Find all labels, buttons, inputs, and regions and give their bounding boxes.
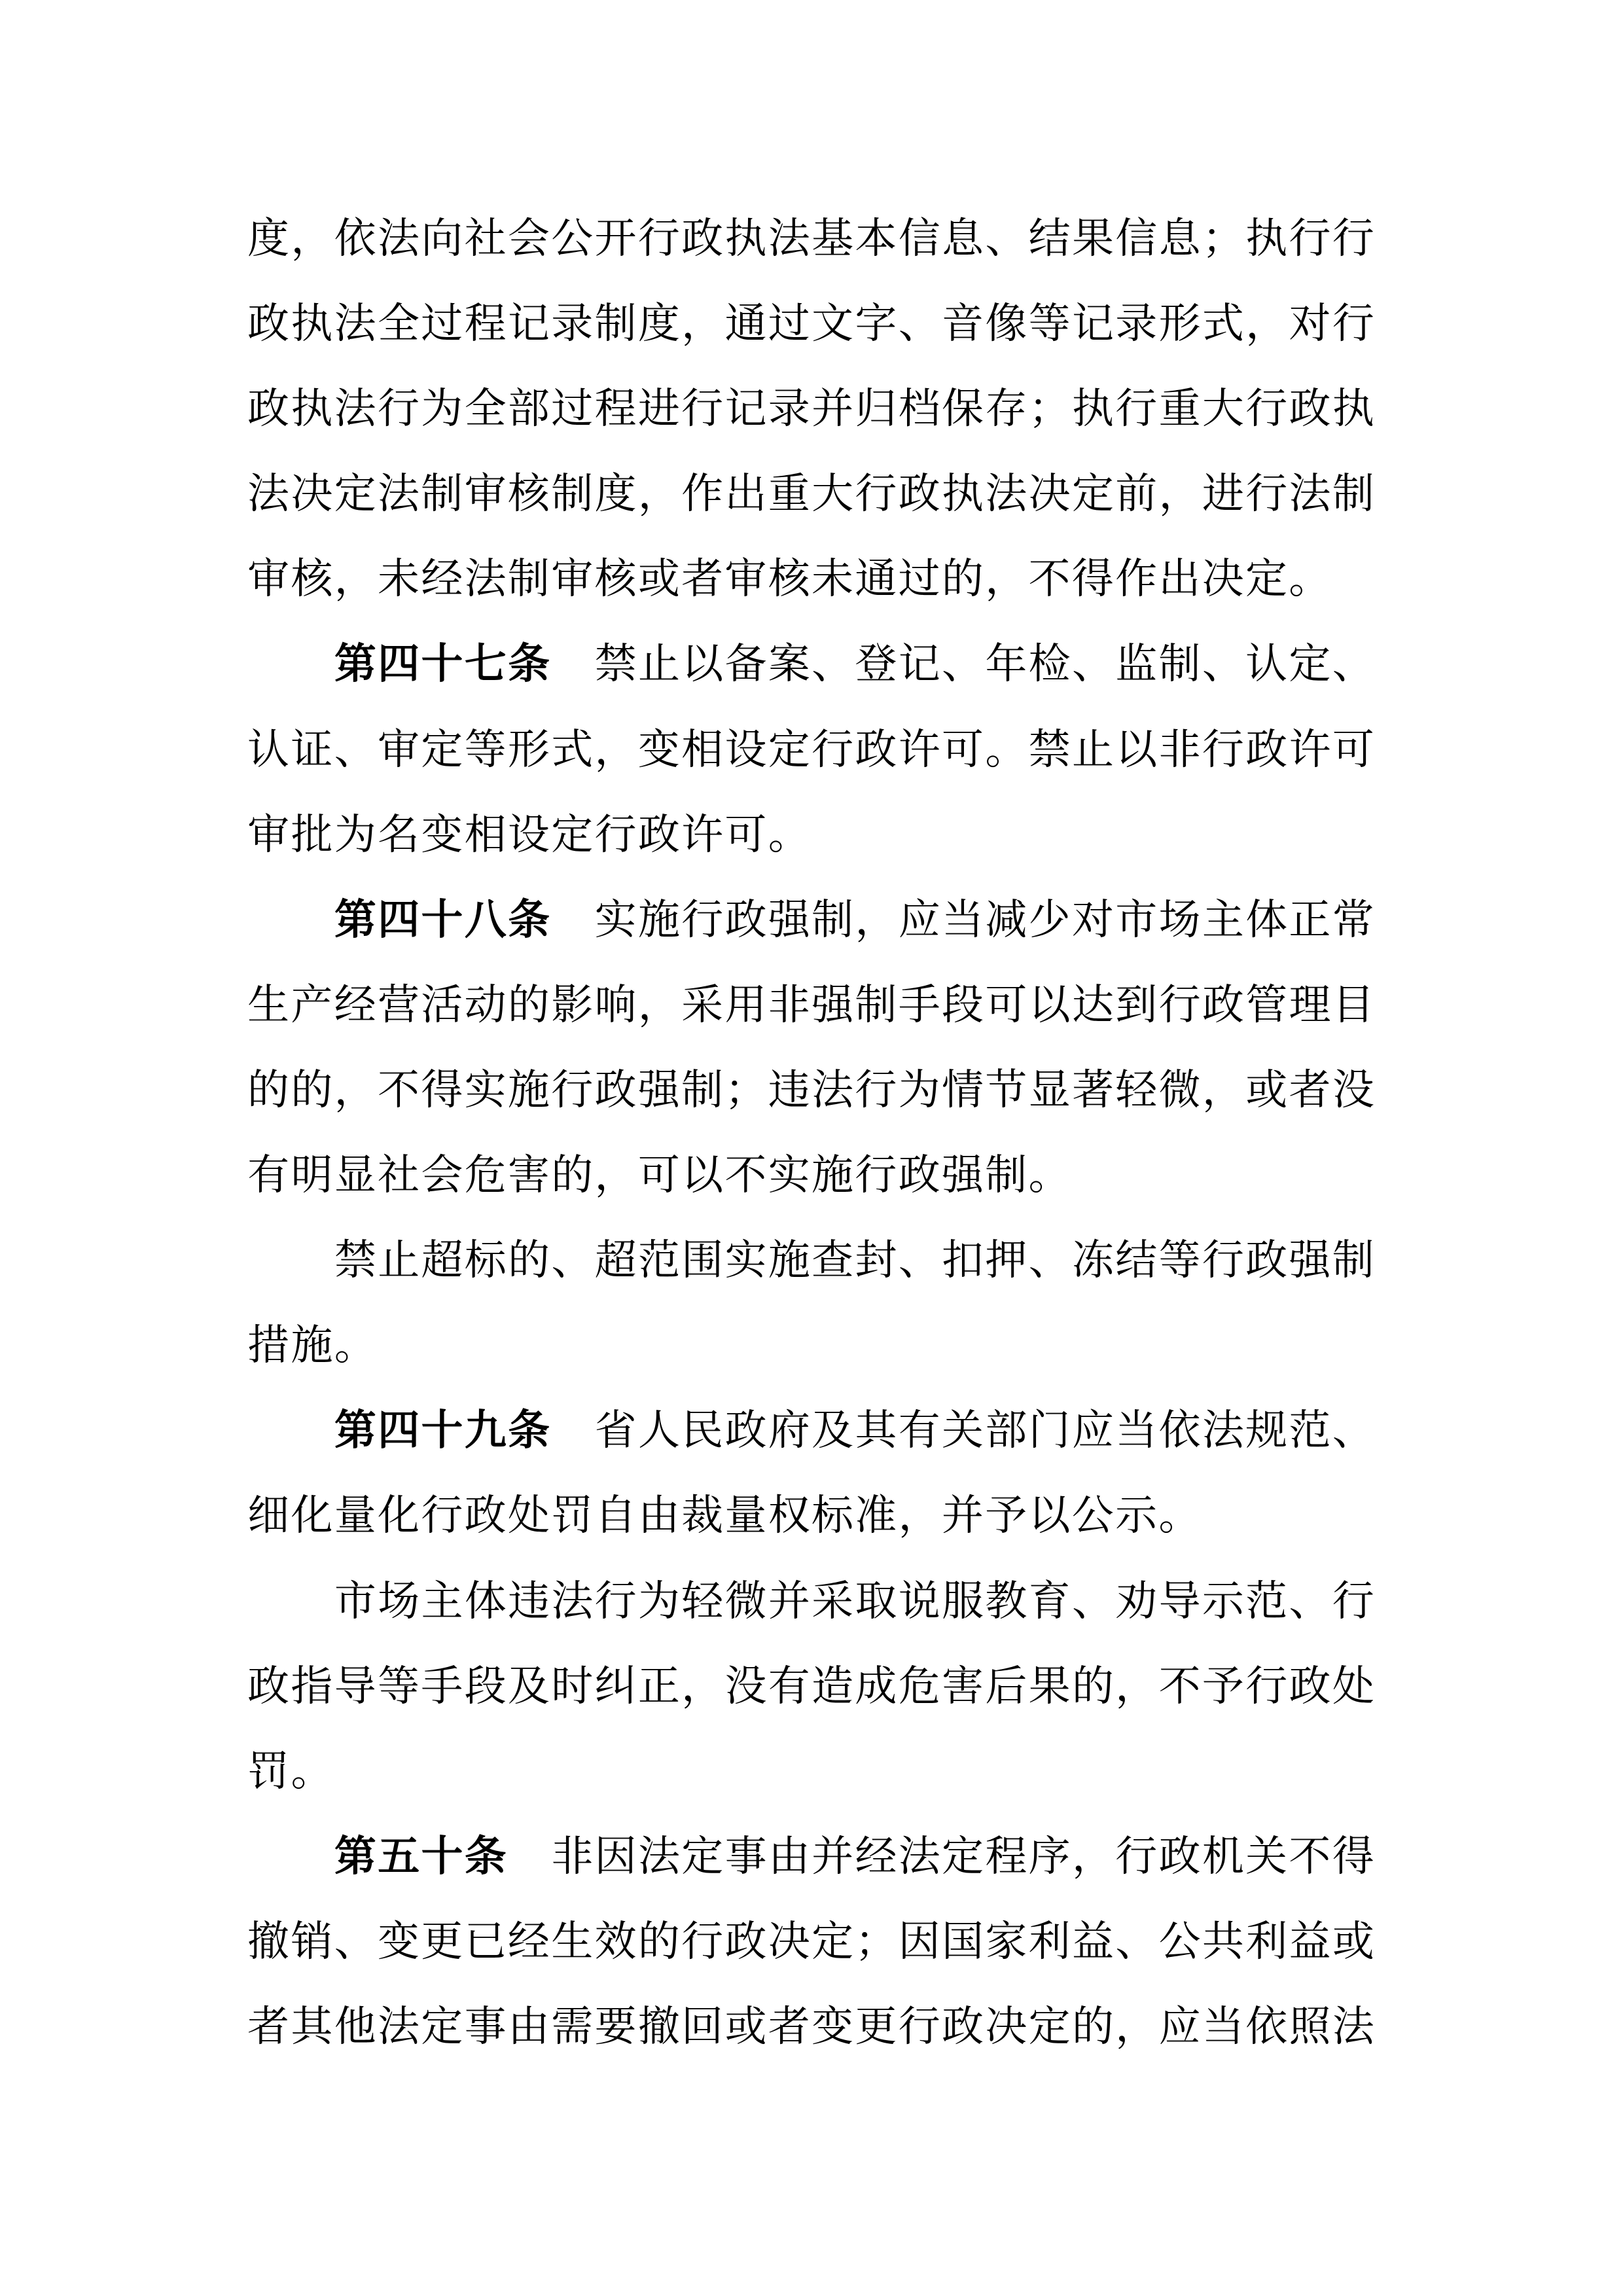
text-char: 说 [898, 1559, 941, 1644]
article-heading-char: 条 [464, 1814, 507, 1899]
text-line: 者其他法定事由需要撤回或者变更行政决定的，应当依照法 [247, 1984, 1375, 2070]
text-char: 效 [594, 1899, 637, 1984]
text-char: 政 [941, 1984, 984, 2070]
text-char: 可 [724, 793, 767, 878]
text-line: 审批为名变相设定行政许可。 [247, 793, 1375, 878]
text-char: 的 [550, 1133, 594, 1218]
text-line: 市场主体违法行为轻微并采取说服教育、劝导示范、行 [247, 1559, 1375, 1644]
text-char: 作 [1115, 537, 1158, 622]
text-char: 批 [290, 793, 333, 878]
text-char: 审 [724, 537, 767, 622]
text-char: 手 [420, 1644, 463, 1729]
text-char: ， [1115, 1644, 1158, 1729]
text-char: 法 [811, 1048, 854, 1133]
text-char: 实 [594, 878, 637, 963]
text-char: 减 [984, 878, 1027, 963]
text-char: 审 [247, 537, 290, 622]
text-char: 会 [420, 1133, 463, 1218]
text-char: 行 [1332, 196, 1375, 281]
text-char: 因 [898, 1899, 941, 1984]
text-char: 度 [637, 281, 681, 367]
text-char: 文 [811, 281, 854, 367]
text-char: 行 [1158, 963, 1202, 1048]
text-char: 以 [1027, 1473, 1071, 1558]
article-heading-char: 十 [420, 622, 463, 707]
text-char: 、 [1071, 1559, 1115, 1644]
text-char: 未 [811, 537, 854, 622]
text-char: 制 [681, 1048, 724, 1133]
article-heading-char: 十 [420, 1814, 463, 1899]
text-line: 措施。 [247, 1303, 1375, 1388]
text-char: 其 [854, 1388, 897, 1473]
text-char: 政 [1245, 708, 1288, 793]
text-char: 有 [247, 1133, 290, 1218]
text-char: 录 [1115, 281, 1158, 367]
text-char: 息 [1158, 196, 1202, 281]
text-char: 相 [463, 793, 507, 878]
text-char: 范 [1288, 1388, 1331, 1473]
text-char: 范 [637, 1218, 681, 1303]
text-char: 事 [724, 1814, 768, 1899]
text-char: 过 [897, 537, 940, 622]
text-char: 管 [1245, 963, 1288, 1048]
text-char: 可 [941, 708, 984, 793]
text-char: 非 [768, 963, 811, 1048]
text-char: 备 [724, 622, 768, 707]
text-line: 政指导等手段及时纠正，没有造成危害后果的，不予行政处 [247, 1644, 1375, 1729]
text-char: 果 [1028, 1644, 1071, 1729]
text-char: 标 [811, 1473, 854, 1558]
text-char: 强 [1288, 1218, 1331, 1303]
text-char: 定 [420, 708, 463, 793]
text-char: 、 [1071, 622, 1115, 707]
text-char: 定 [420, 1984, 463, 2070]
text-char: 定 [681, 1814, 724, 1899]
text-char: 基 [811, 196, 854, 281]
text-char: 程 [594, 367, 637, 452]
text-char: 程 [984, 1814, 1027, 1899]
text-char: 定 [941, 1814, 984, 1899]
text-char: 危 [463, 1133, 507, 1218]
text-char: 重 [1158, 367, 1202, 452]
text-char: 制 [854, 963, 897, 1048]
text-char: 通 [854, 537, 897, 622]
text-char: 记 [898, 622, 941, 707]
text-char: 许 [1289, 708, 1332, 793]
text-char: 的 [941, 537, 984, 622]
text-char: 。 [1158, 1473, 1201, 1558]
text-char: 记 [724, 367, 767, 452]
text-char: 出 [1158, 537, 1201, 622]
text-char: 息 [941, 196, 984, 281]
text-char: 采 [681, 963, 724, 1048]
text-char: 量 [724, 1473, 767, 1558]
text-char: 、 [1202, 622, 1245, 707]
text-char: 造 [811, 1644, 854, 1729]
text-line: 撤销、变更已经生效的行政决定；因国家利益、公共利益或 [247, 1899, 1375, 1984]
article-heading-char: 十 [420, 1388, 463, 1473]
text-char: 不 [1158, 1644, 1202, 1729]
text-char [550, 878, 594, 963]
text-char: 制 [984, 1133, 1027, 1218]
text-char: 过 [768, 281, 811, 367]
text-char: 强 [811, 963, 854, 1048]
text-char [550, 1388, 594, 1473]
text-char: ； [1202, 196, 1245, 281]
text-char: 并 [811, 1814, 854, 1899]
text-char: 禁 [334, 1218, 377, 1303]
text-char: 、 [550, 1218, 594, 1303]
text-char: 不 [1027, 537, 1071, 622]
text-char: 微 [724, 1559, 768, 1644]
text-line: 第五十条 非因法定事由并经法定程序，行政机关不得 [247, 1814, 1375, 1899]
text-char: 著 [1071, 1048, 1115, 1133]
article-heading-char: 四 [377, 878, 420, 963]
text-char: 执 [1071, 367, 1115, 452]
article-heading-char: 第 [334, 1814, 377, 1899]
text-char: 止 [637, 622, 681, 707]
text-line: 认证、审定等形式，变相设定行政许可。禁止以非行政许可 [247, 708, 1375, 793]
text-char: 许 [681, 793, 724, 878]
text-char: 式 [1202, 281, 1245, 367]
text-char: 或 [724, 1984, 767, 2070]
text-char: 核 [507, 452, 550, 537]
text-char: 、 [334, 1899, 377, 1984]
text-char: 示 [1202, 1559, 1245, 1644]
text-line: 政执法行为全部过程进行记录并归档保存；执行重大行政执 [247, 367, 1375, 452]
text-char: 益 [1289, 1899, 1332, 1984]
text-char: 决 [1028, 452, 1071, 537]
text-char: 政 [1202, 963, 1245, 1048]
text-char: 导 [334, 1644, 377, 1729]
text-char: 行 [377, 367, 420, 452]
text-char: 因 [594, 1814, 637, 1899]
text-char: 执 [290, 281, 333, 367]
article-heading-char: 四 [377, 1388, 420, 1473]
text-char: 法 [768, 196, 811, 281]
text-char: 设 [507, 793, 550, 878]
text-char: 大 [1202, 367, 1245, 452]
text-char: 政 [1158, 1814, 1202, 1899]
text-char: 以 [1115, 708, 1158, 793]
text-char: 没 [1332, 1048, 1375, 1133]
text-char: 查 [811, 1218, 854, 1303]
text-line: 禁止超标的、超范围实施查封、扣押、冻结等行政强制 [247, 1218, 1375, 1303]
text-char: 细 [247, 1473, 290, 1558]
text-char: 并 [768, 1559, 811, 1644]
text-char: 家 [984, 1899, 1027, 1984]
text-char: 为 [898, 1048, 941, 1133]
text-char: 保 [941, 367, 984, 452]
text-char: 会 [507, 196, 550, 281]
text-char: 害 [507, 1133, 550, 1218]
text-char: 重 [768, 452, 811, 537]
text-char: 执 [1332, 367, 1375, 452]
text-char: 法 [377, 196, 420, 281]
text-char: 等 [1158, 1218, 1202, 1303]
text-char: 不 [724, 1133, 767, 1218]
text-char: 不 [1288, 1814, 1331, 1899]
article-heading-char: 条 [507, 1388, 550, 1473]
text-char: 机 [1202, 1814, 1245, 1899]
text-char: 其 [290, 1984, 333, 2070]
text-char: 并 [811, 367, 854, 452]
text-char: 标 [464, 1218, 507, 1303]
text-char: 法 [334, 281, 377, 367]
text-char: 动 [464, 963, 507, 1048]
text-char: 公 [1071, 1473, 1115, 1558]
text-char: 行 [420, 1473, 463, 1558]
paragraph-article-50: 第五十条 非因法定事由并经法定程序，行政机关不得撤销、变更已经生效的行政决定；因… [247, 1814, 1375, 2070]
text-char: 非 [550, 1814, 594, 1899]
text-char: 全 [377, 281, 420, 367]
article-heading-char: 条 [507, 878, 550, 963]
text-char: 他 [334, 1984, 377, 2070]
text-char: 已 [464, 1899, 507, 1984]
text-char: 利 [1245, 1899, 1288, 1984]
text-char: 影 [550, 963, 594, 1048]
text-char: 定 [1288, 622, 1331, 707]
paragraph-article-47: 第四十七条 禁止以备案、登记、年检、监制、认定、认证、审定等形式，变相设定行政许… [247, 622, 1375, 877]
text-char: 教 [984, 1559, 1027, 1644]
text-char: 扣 [941, 1218, 984, 1303]
text-char: 的 [247, 1048, 290, 1133]
text-char: 处 [1332, 1644, 1375, 1729]
text-char: ， [897, 1473, 940, 1558]
text-char: 市 [1115, 878, 1158, 963]
text-char: 的 [1071, 1984, 1115, 2070]
text-char: 体 [464, 1559, 507, 1644]
text-char: 民 [681, 1388, 724, 1473]
text-char: 施 [290, 1303, 333, 1388]
article-heading-char: 五 [377, 1814, 420, 1899]
text-char: 害 [941, 1644, 984, 1729]
text-char: 场 [377, 1559, 420, 1644]
text-char: 微 [1158, 1048, 1202, 1133]
text-char: 证 [290, 708, 333, 793]
text-char: 响 [594, 963, 637, 1048]
text-char: 达 [1071, 963, 1115, 1048]
text-char: 以 [1028, 963, 1071, 1048]
text-char: 法 [1202, 1388, 1245, 1473]
text-char: 制 [420, 452, 463, 537]
text-char: 、 [1028, 1218, 1071, 1303]
text-char: 裁 [681, 1473, 724, 1558]
text-char: 轻 [1115, 1048, 1158, 1133]
text-char: 服 [941, 1559, 984, 1644]
text-char: 正 [637, 1644, 681, 1729]
text-char: 、 [898, 281, 941, 367]
text-char: 的 [507, 1218, 550, 1303]
text-char: 益 [1071, 1899, 1115, 1984]
text-char: 节 [984, 1048, 1027, 1133]
text-char: 许 [898, 708, 941, 793]
text-char: 认 [1245, 622, 1288, 707]
text-char: 事 [464, 1984, 507, 2070]
text-char: 违 [507, 1559, 550, 1644]
text-char: 录 [550, 281, 594, 367]
text-char: 制 [1158, 622, 1202, 707]
text-char: 形 [507, 708, 550, 793]
text-char: 记 [1071, 281, 1115, 367]
text-char: 由 [637, 1473, 681, 1558]
text-char: 变 [377, 1899, 420, 1984]
text-char: 得 [1332, 1814, 1375, 1899]
text-char: 大 [811, 452, 854, 537]
text-char: 导 [1158, 1559, 1202, 1644]
text-char: 准 [854, 1473, 897, 1558]
text-char: 及 [507, 1644, 550, 1729]
text-char: 对 [1071, 878, 1115, 963]
paragraph-article-49-para-2: 市场主体违法行为轻微并采取说服教育、劝导示范、行政指导等手段及时纠正，没有造成危… [247, 1559, 1375, 1814]
text-char: 作 [681, 452, 724, 537]
text-char: 场 [1158, 878, 1202, 963]
text-char: 法 [377, 452, 420, 537]
text-char: 制 [507, 537, 550, 622]
text-char: 得 [1071, 537, 1115, 622]
text-char: 以 [681, 1133, 724, 1218]
text-char: 通 [724, 281, 767, 367]
text-char: 音 [941, 281, 984, 367]
text-char: 审 [464, 452, 507, 537]
text-char: 等 [1028, 281, 1071, 367]
text-char: 主 [1202, 878, 1245, 963]
text-char: 对 [1289, 281, 1332, 367]
text-char: 政 [724, 878, 768, 963]
text-char: 撤 [247, 1899, 290, 1984]
text-char: 像 [984, 281, 1027, 367]
text-char: 决 [1202, 537, 1245, 622]
text-char: 式 [550, 708, 594, 793]
text-char [507, 1814, 550, 1899]
article-heading-char: 四 [377, 622, 420, 707]
text-char: 实 [768, 1133, 811, 1218]
text-char: 检 [1028, 622, 1071, 707]
text-line: 细化量化行政处罚自由裁量权标准，并予以公示。 [247, 1473, 1375, 1558]
text-char: 自 [594, 1473, 637, 1558]
text-char: 行 [594, 1559, 637, 1644]
text-char: 的 [1071, 1644, 1115, 1729]
text-char: 应 [898, 878, 941, 963]
text-char: 序 [1028, 1814, 1071, 1899]
text-char: 法 [550, 1559, 594, 1644]
text-char: 省 [594, 1388, 637, 1473]
text-char: 、 [811, 622, 854, 707]
text-char: 超 [420, 1218, 463, 1303]
text-char: 规 [1245, 1388, 1288, 1473]
text-char: 。 [334, 1303, 377, 1388]
text-char: 显 [334, 1133, 377, 1218]
text-char: 。 [290, 1729, 333, 1814]
article-heading-char: 第 [334, 878, 377, 963]
text-line: 审核，未经法制审核或者审核未通过的，不得作出决定。 [247, 537, 1375, 622]
text-char: 行 [1245, 452, 1288, 537]
text-char: 关 [1245, 1814, 1288, 1899]
text-char: 监 [1115, 622, 1158, 707]
text-char: 为 [420, 367, 463, 452]
text-char: 轻 [681, 1559, 724, 1644]
text-char: 、 [898, 1218, 941, 1303]
text-char: ， [1245, 281, 1288, 367]
text-char: 经 [334, 963, 377, 1048]
text-char: 进 [637, 367, 681, 452]
text-char: 门 [1028, 1388, 1071, 1473]
text-char: 法 [984, 452, 1027, 537]
text-char: 相 [681, 708, 724, 793]
text-char: 法 [1289, 452, 1332, 537]
text-char [550, 622, 594, 707]
text-char: 执 [724, 196, 767, 281]
text-char: 可 [1332, 708, 1375, 793]
text-char: ， [290, 196, 333, 281]
text-char: 行 [1115, 367, 1158, 452]
article-heading-char: 七 [464, 622, 507, 707]
text-char: 生 [247, 963, 290, 1048]
text-char: 决 [290, 452, 333, 537]
text-char: 处 [507, 1473, 550, 1558]
text-line: 第四十八条 实施行政强制，应当减少对市场主体正常 [247, 878, 1375, 963]
text-char: 行 [1115, 1814, 1158, 1899]
text-char: 产 [290, 963, 333, 1048]
text-char: 结 [1115, 1218, 1158, 1303]
text-char: 法 [334, 367, 377, 452]
text-line: 罚。 [247, 1729, 1375, 1814]
text-char: 认 [247, 708, 290, 793]
text-char: 经 [507, 1899, 550, 1984]
text-char: 执 [290, 367, 333, 452]
text-line: 生产经营活动的影响，采用非强制手段可以达到行政管理目 [247, 963, 1375, 1048]
text-char: 行 [854, 1133, 897, 1218]
text-char: 政 [1289, 1644, 1332, 1729]
text-char: 围 [681, 1218, 724, 1303]
text-char: ， [681, 281, 724, 367]
text-char: 禁 [594, 622, 637, 707]
text-char: 变 [811, 1984, 854, 2070]
text-char: 手 [898, 963, 941, 1048]
text-char: 行 [550, 1048, 594, 1133]
text-char: 并 [941, 1473, 984, 1558]
text-char: 政 [247, 1644, 290, 1729]
text-char: 者 [247, 1984, 290, 2070]
text-char: 行 [1289, 196, 1332, 281]
text-char: 定 [768, 708, 811, 793]
text-char: 法 [637, 1814, 681, 1899]
text-char: 予 [1202, 1644, 1245, 1729]
text-char: 法 [247, 452, 290, 537]
text-char: 范 [1245, 1559, 1288, 1644]
text-char: 定 [1245, 537, 1288, 622]
text-char: 或 [1332, 1899, 1375, 1984]
text-char: ， [1071, 1814, 1115, 1899]
text-char: 政 [463, 1473, 507, 1558]
text-char: 时 [550, 1644, 594, 1729]
text-char: 政 [898, 452, 941, 537]
article-heading-char: 九 [464, 1388, 507, 1473]
text-char: 核 [768, 537, 811, 622]
paragraph-article-48: 第四十八条 实施行政强制，应当减少对市场主体正常生产经营活动的影响，采用非强制手… [247, 878, 1375, 1218]
paragraph-p-continuation-46: 度，依法向社会公开行政执法基本信息、结果信息；执行行政执法全过程记录制度，通过文… [247, 196, 1375, 622]
text-char: 施 [507, 1048, 550, 1133]
text-char: 应 [1071, 1388, 1115, 1473]
article-heading-char: 八 [464, 878, 507, 963]
text-char: 审 [550, 537, 594, 622]
article-heading-char: 条 [507, 622, 550, 707]
text-char: 开 [594, 196, 637, 281]
text-char: 等 [377, 1644, 420, 1729]
text-char: 案 [768, 622, 811, 707]
text-char: 强 [637, 1048, 681, 1133]
text-char: 决 [768, 1899, 811, 1984]
